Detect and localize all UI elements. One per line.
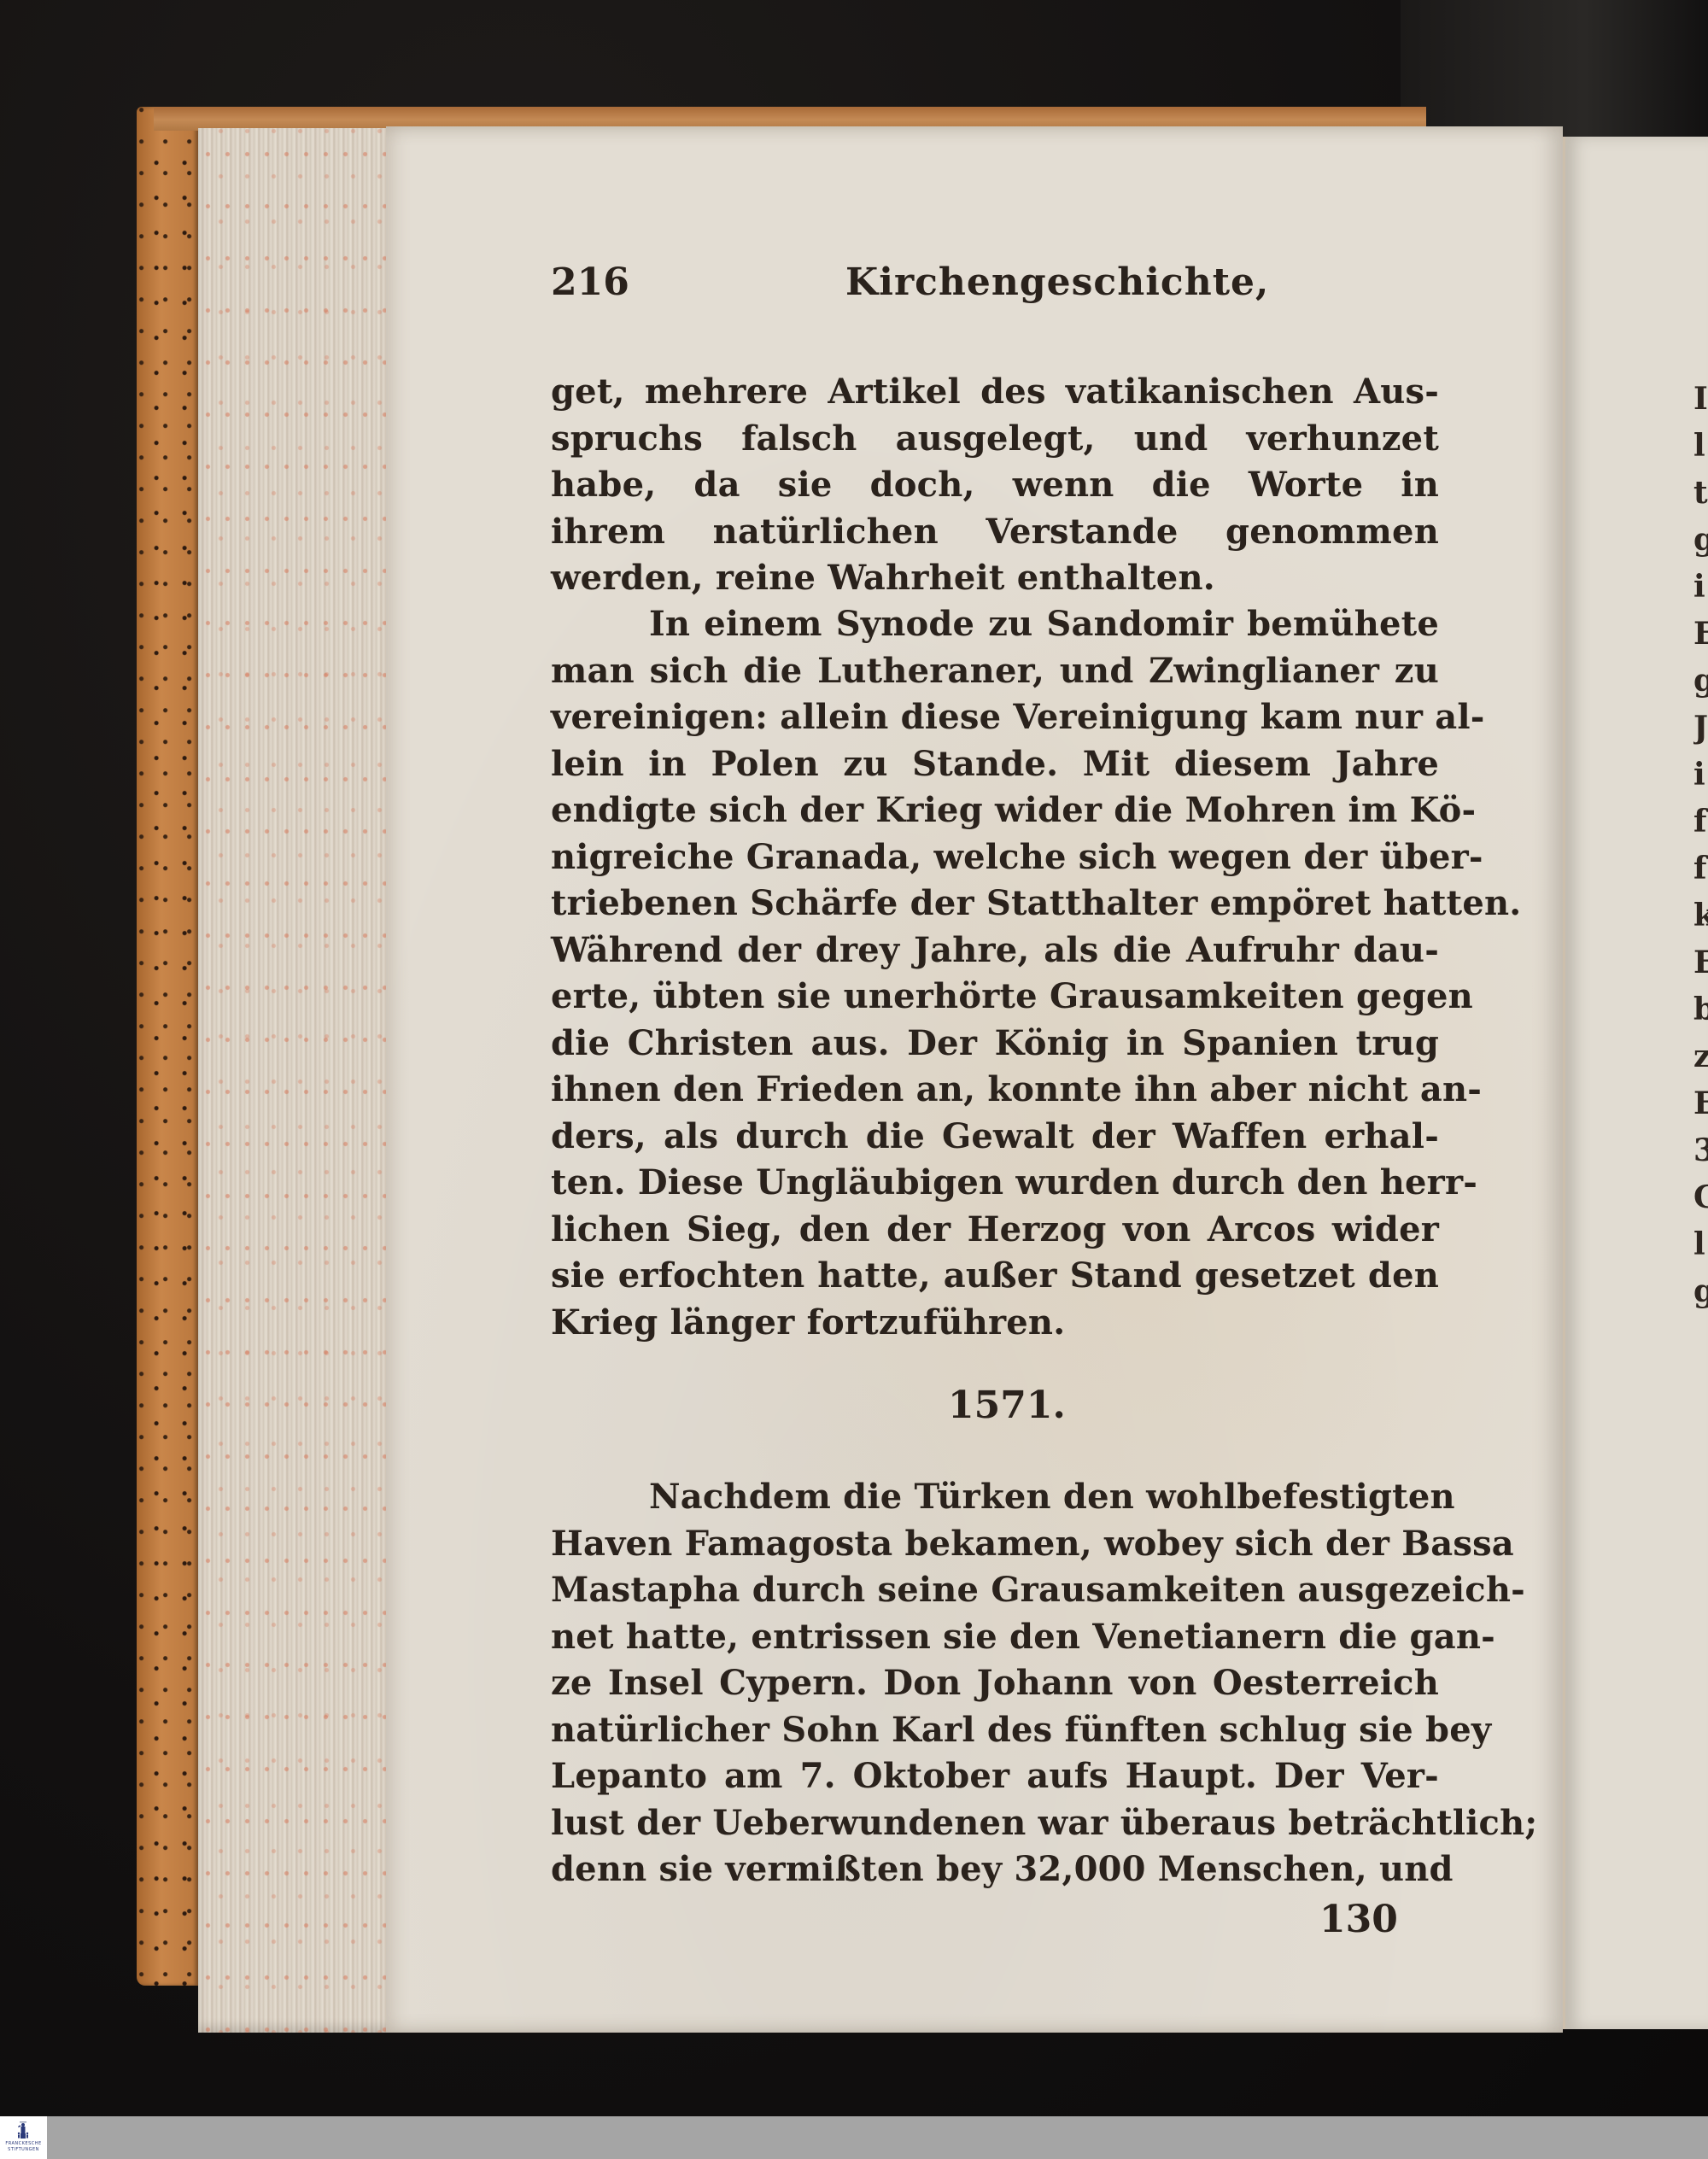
text-line: ze Insel Cypern. Don Johann von Oesterre… [551,1660,1439,1707]
paragraph-3: Nachdem die Türken den wohlbefestigten H… [551,1474,1439,1893]
page-number: 216 [551,260,629,304]
text-line: spruchs falsch ausgelegt, und verhunzet [551,416,1439,463]
text-line: triebenen Schärfe der Statthalter empöre… [551,881,1439,927]
text-line: In einem Synode zu Sandomir bemühete [551,601,1439,648]
text-line: endigte sich der Krieg wider die Mohren … [551,787,1439,834]
text-line: get, mehrere Artikel des vatikanischen A… [551,369,1439,416]
text-line: lein in Polen zu Stande. Mit diesem Jahr… [551,741,1439,788]
viewer-footer-bar: FRANCKESCHE STIFTUNGEN [0,2116,1708,2159]
text-line: Lepanto am 7. Oktober aufs Haupt. Der Ve… [551,1753,1439,1800]
recto-page-edge [1563,137,1708,2029]
text-line: man sich die Lutheraner, und Zwinglianer… [551,648,1439,695]
logo-text-line1: FRANCKESCHE [2,2141,45,2147]
text-line: ihrem natürlichen Verstande genommen [551,509,1439,556]
text-line: sie erfochten hatte, außer Stand gesetze… [551,1253,1439,1300]
signature-mark: 130 [1319,1898,1398,1941]
text-line: Nachdem die Türken den wohlbefestigten [551,1474,1439,1521]
text-line: Krieg länger fortzuführen. [551,1300,1439,1347]
text-line: denn sie vermißten bey 32,000 Menschen, … [551,1846,1439,1893]
paragraph-2: In einem Synode zu Sandomir bemühete man… [551,601,1439,1346]
text-line: Mastapha durch seine Grausamkeiten ausge… [551,1567,1439,1614]
institution-logo[interactable]: FRANCKESCHE STIFTUNGEN [0,2116,47,2159]
text-line: net hatte, entrissen sie den Venetianern… [551,1614,1439,1661]
text-line: ten. Diese Ungläubigen wurden durch den … [551,1160,1439,1207]
text-line: natürlicher Sohn Karl des fünften schlug… [551,1707,1439,1754]
text-line: nigreiche Granada, welche sich wegen der… [551,834,1439,881]
recto-page-visible-letters: Il:tgiEgJiffkEbzE3Glg [1693,376,1708,1315]
text-line: die Christen aus. Der König in Spanien t… [551,1021,1439,1068]
running-title: Kirchengeschichte, [845,260,1269,304]
logo-text-line2: STIFTUNGEN [2,2147,45,2153]
year-heading: 1571. [948,1384,1066,1427]
text-line: ihnen den Frieden an, konnte ihn aber ni… [551,1067,1439,1114]
page-stack-fore-edges [198,128,390,2033]
text-line: lichen Sieg, den der Herzog von Arcos wi… [551,1207,1439,1254]
paragraph-1: get, mehrere Artikel des vatikanischen A… [551,369,1439,602]
text-line: habe, da sie doch, wenn die Worte in [551,462,1439,509]
text-line: erte, übten sie unerhörte Grausamkeiten … [551,974,1439,1021]
scan-background-strip [1401,0,1708,145]
text-line: vereinigen: allein diese Vereinigung kam… [551,694,1439,741]
text-line: ders, als durch die Gewalt der Waffen er… [551,1114,1439,1161]
founder-statue-icon [17,2121,29,2139]
text-line: lust der Ueberwundenen war überaus beträ… [551,1800,1439,1847]
book-cover-edge [137,107,198,1986]
running-head: 216 Kirchengeschichte, [551,260,1439,312]
text-line: Während der drey Jahre, als die Aufruhr … [551,927,1439,974]
logo-wordmark: FRANCKESCHE STIFTUNGEN [2,2141,45,2153]
text-line: Haven Famagosta bekamen, wobey sich der … [551,1521,1439,1568]
text-line: werden, reine Wahrheit enthalten. [551,555,1439,602]
